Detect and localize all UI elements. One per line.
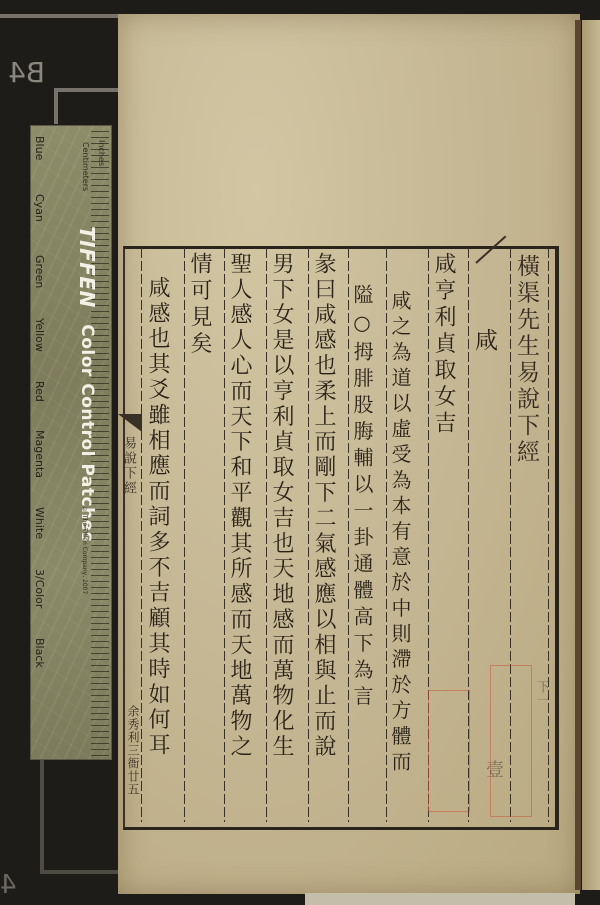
margin-label: 易說下經 bbox=[119, 436, 138, 496]
text-column: 聖人感人心而天下和平觀其所感而天地萬物之 bbox=[228, 252, 250, 760]
label-cyan: Cyan bbox=[33, 194, 46, 222]
column-rule bbox=[266, 248, 267, 822]
bottom-paper-strip bbox=[305, 893, 575, 905]
color-patch-labels: Blue Cyan Green Yellow Red Magenta White… bbox=[33, 136, 46, 668]
label-3color: 3/Color bbox=[33, 569, 46, 608]
color-calibration-card: Centimeters Inches Blue Cyan Green Yello… bbox=[30, 125, 112, 760]
text-column: 咸感也其爻雖相應而詞多不吉顧其時如何耳 bbox=[146, 276, 168, 759]
bleed-through-ink: 下一 bbox=[532, 680, 551, 706]
column-rule bbox=[308, 248, 309, 822]
text-column: 隘○拇腓股脢輔以一卦通體高下為言 bbox=[352, 284, 372, 712]
centimeters-label: Centimeters bbox=[81, 142, 90, 191]
red-seal-stamp bbox=[490, 665, 532, 817]
board-frame-line-inner-top bbox=[54, 88, 118, 92]
page-number-label: 余秀利三衙廿五 bbox=[125, 705, 142, 796]
board-label-bottom: 4 bbox=[0, 870, 17, 900]
column-rule bbox=[548, 248, 549, 822]
label-green: Green bbox=[33, 255, 46, 288]
label-magenta: Magenta bbox=[33, 430, 46, 478]
text-column: 咸亨利貞取女吉 bbox=[432, 252, 454, 438]
board-frame-line-inner-left bbox=[54, 88, 58, 124]
label-black: Black bbox=[33, 638, 46, 668]
text-column: 情可見矣 bbox=[188, 252, 210, 358]
label-blue: Blue bbox=[33, 136, 46, 160]
bleed-through-ink: 壹 bbox=[480, 760, 506, 778]
adjacent-page-edge bbox=[582, 20, 600, 890]
board-frame-line-top bbox=[0, 14, 118, 18]
label-white: White bbox=[33, 507, 46, 539]
label-red: Red bbox=[33, 381, 46, 402]
brand-name: TIFFEN bbox=[75, 226, 99, 308]
column-rule bbox=[224, 248, 225, 822]
text-column: 男下女是以亨利貞取女吉也天地感而萬物化生 bbox=[270, 252, 292, 760]
board-label-top: B4 bbox=[8, 56, 45, 89]
card-copyright: © The Tiffen Company, 2007 bbox=[81, 506, 88, 594]
book-title: 橫渠先生易說下經 bbox=[514, 254, 537, 466]
column-rule bbox=[184, 248, 185, 822]
text-column: 咸之為道以虛受為本有意於中則滯於方體而 bbox=[390, 290, 410, 776]
column-rule bbox=[386, 248, 387, 822]
tiffen-brand: TIFFEN Color Control Patches bbox=[75, 226, 99, 542]
red-seal-stamp bbox=[428, 690, 470, 812]
inches-label: Inches bbox=[97, 140, 106, 166]
label-yellow: Yellow bbox=[33, 318, 46, 352]
column-rule bbox=[348, 248, 349, 822]
chapter-heading: 咸 bbox=[472, 328, 495, 356]
board-frame-line-bottom bbox=[40, 870, 118, 874]
page-edge-dark bbox=[575, 20, 581, 890]
board-frame-line-bottom-left bbox=[40, 760, 44, 870]
text-column: 彖曰咸感也柔上而剛下二氣感應以相與止而說 bbox=[312, 252, 334, 760]
